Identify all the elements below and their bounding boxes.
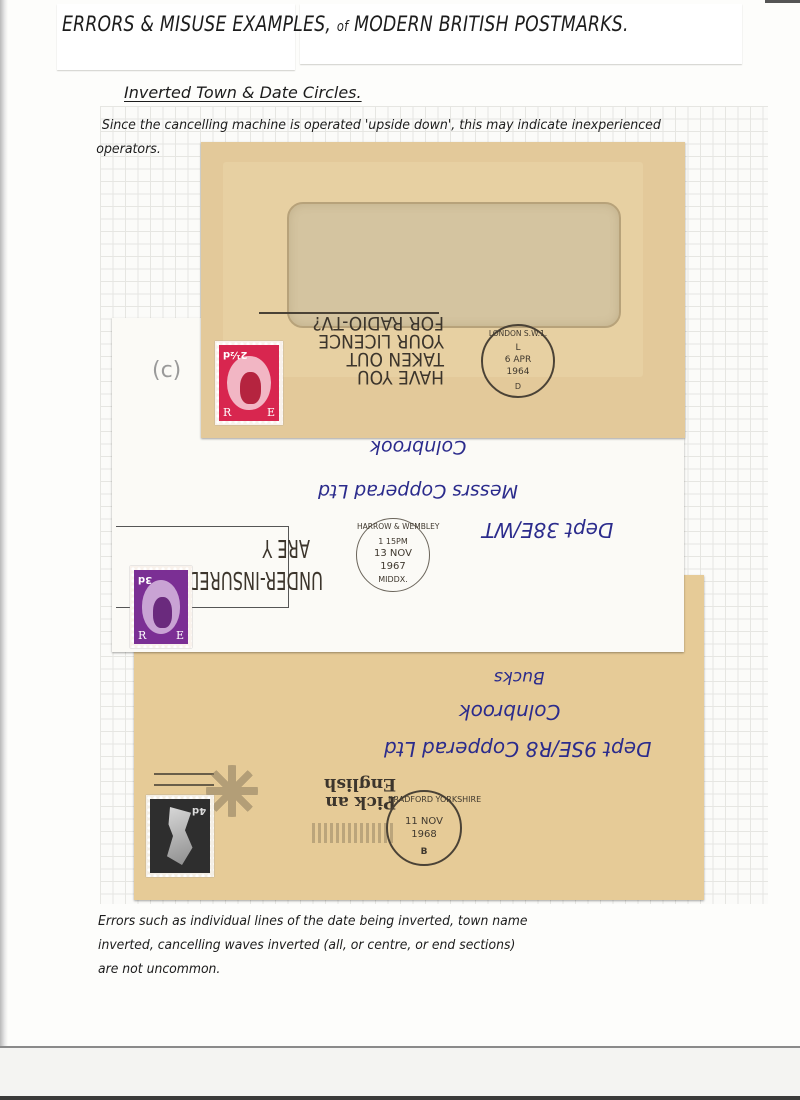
stamp-value: 2½d — [223, 349, 247, 360]
slogan-line: English — [324, 775, 396, 793]
title-part-2: MODERN BRITISH POSTMARKS. — [354, 12, 629, 36]
stamp-2-5d-wilding: 2½d R E — [215, 341, 283, 425]
closing-line: are not uncommon. — [98, 957, 528, 981]
queen-head-icon — [153, 597, 172, 628]
postmark-year: 1967 — [357, 561, 429, 572]
pencil-note: (c) — [152, 358, 181, 383]
address-line: Bucks — [494, 667, 545, 687]
slogan-line: Pick an — [324, 793, 396, 811]
postmark-time: L — [483, 343, 553, 353]
stamp-corner: R — [138, 629, 146, 642]
title-part-1: ERRORS & MISUSE EXAMPLES, — [62, 12, 331, 36]
postmark-year: 1968 — [388, 829, 460, 840]
address-line: Messrs Copperad Ltd — [318, 480, 518, 502]
address-line: Dept 9SE/R8 Copperad Ltd — [384, 737, 651, 761]
stamp-4d-machin: 4d — [146, 795, 214, 877]
scan-edge — [0, 1096, 800, 1100]
slogan-cancel: Pick an English — [324, 775, 396, 811]
stamp-3d-wilding: 3d R E — [130, 566, 192, 648]
closing-line: inverted, cancelling waves inverted (all… — [98, 933, 528, 957]
postmark-bradford: BRADFORD YORKSHIRE 11 NOV 1968 B — [386, 790, 462, 866]
postmark-london: LONDON S.W.1. L 6 APR 1964 D — [481, 324, 555, 398]
queen-head-icon — [240, 372, 261, 404]
stamp-value: 3d — [138, 574, 152, 585]
envelope-window — [287, 202, 621, 328]
postmark-date: 11 NOV — [388, 816, 460, 827]
postmark-code: B — [388, 847, 460, 857]
closing-text: Errors such as individual lines of the d… — [98, 909, 528, 981]
page-title: ERRORS & MISUSE EXAMPLES, of MODERN BRIT… — [62, 12, 629, 36]
cover-london: HAVE YOU TAKEN OUT YOUR LICENCE FOR RADI… — [201, 142, 685, 438]
postmark-town: BRADFORD YORKSHIRE — [388, 795, 460, 804]
address-line: Colnbrook — [370, 436, 466, 458]
postmark-county: MIDDX. — [357, 575, 429, 584]
address-line: Colnbrook — [459, 700, 560, 724]
stamp-corner: E — [267, 406, 275, 419]
slogan-line: YOUR LICENCE — [318, 332, 444, 350]
scan-edge — [765, 0, 800, 3]
slogan-decoration — [312, 823, 394, 843]
slogan-line: HAVE YOU — [318, 368, 444, 386]
postmark-date: 6 APR — [483, 355, 553, 365]
postmark-time: 1 15PM — [357, 537, 429, 546]
closing-line: Errors such as individual lines of the d… — [98, 909, 528, 933]
slogan-cancel: HAVE YOU TAKEN OUT YOUR LICENCE FOR RADI… — [318, 314, 444, 386]
section-heading: Inverted Town & Date Circles. — [122, 83, 364, 102]
address-line: Dept 38E/WT — [482, 518, 613, 542]
slogan-line: FOR RADIO-TV? — [318, 314, 444, 332]
queen-head-icon — [164, 807, 194, 865]
postmark-town: LONDON S.W.1. — [483, 329, 553, 338]
stamp-corner: R — [223, 406, 231, 419]
postmark-year: 1964 — [483, 367, 553, 377]
title-of: of — [337, 19, 349, 35]
stamp-corner: E — [176, 629, 184, 642]
postmark-town: HARROW & WEMBLEY — [357, 522, 429, 531]
intro-line: Since the cancelling machine is operated… — [100, 113, 661, 137]
scan-shadow — [0, 0, 8, 1100]
postmark-code: D — [483, 382, 553, 391]
stamp-value: 4d — [192, 805, 206, 816]
slogan-line: TAKEN OUT — [318, 350, 444, 368]
scan-margin — [0, 1048, 800, 1100]
slogan-line: ARE Y — [153, 532, 323, 564]
postmark-harrow: HARROW & WEMBLEY 1 15PM 13 NOV 1967 MIDD… — [356, 518, 430, 592]
postmark-date: 13 NOV — [357, 548, 429, 559]
